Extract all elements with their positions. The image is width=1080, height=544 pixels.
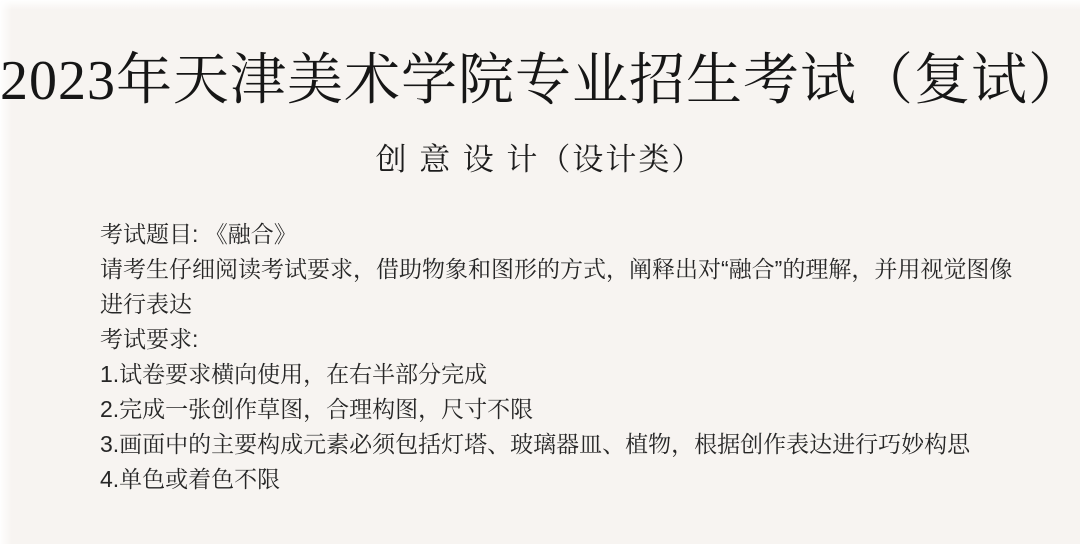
requirement-item-4: 4.单色或着色不限 (100, 462, 1010, 497)
requirements-label: 考试要求: (100, 322, 1010, 357)
exam-instructions-line2: 进行表达 (100, 287, 1010, 322)
page-title: 2023年天津美术学院专业招生考试（复试） (0, 36, 1080, 116)
exam-notice-page: 2023年天津美术学院专业招生考试（复试） 创 意 设 计（设计类） 考试题目:… (0, 0, 1080, 544)
exam-instructions-line1: 请考生仔细阅读考试要求，借助物象和图形的方式，阐释出对“融合”的理解，并用视觉图… (100, 252, 1010, 287)
requirement-item-1: 1.试卷要求横向使用，在右半部分完成 (100, 357, 1010, 392)
requirement-item-2: 2.完成一张创作草图，合理构图，尺寸不限 (100, 392, 1010, 427)
page-subtitle: 创 意 设 计（设计类） (0, 134, 1080, 179)
exam-content: 考试题目: 《融合》 请考生仔细阅读考试要求，借助物象和图形的方式，阐释出对“融… (100, 217, 1010, 497)
exam-topic: 考试题目: 《融合》 (100, 217, 1010, 252)
requirement-item-3: 3.画面中的主要构成元素必须包括灯塔、玻璃器皿、植物，根据创作表达进行巧妙构思 (100, 427, 1010, 462)
